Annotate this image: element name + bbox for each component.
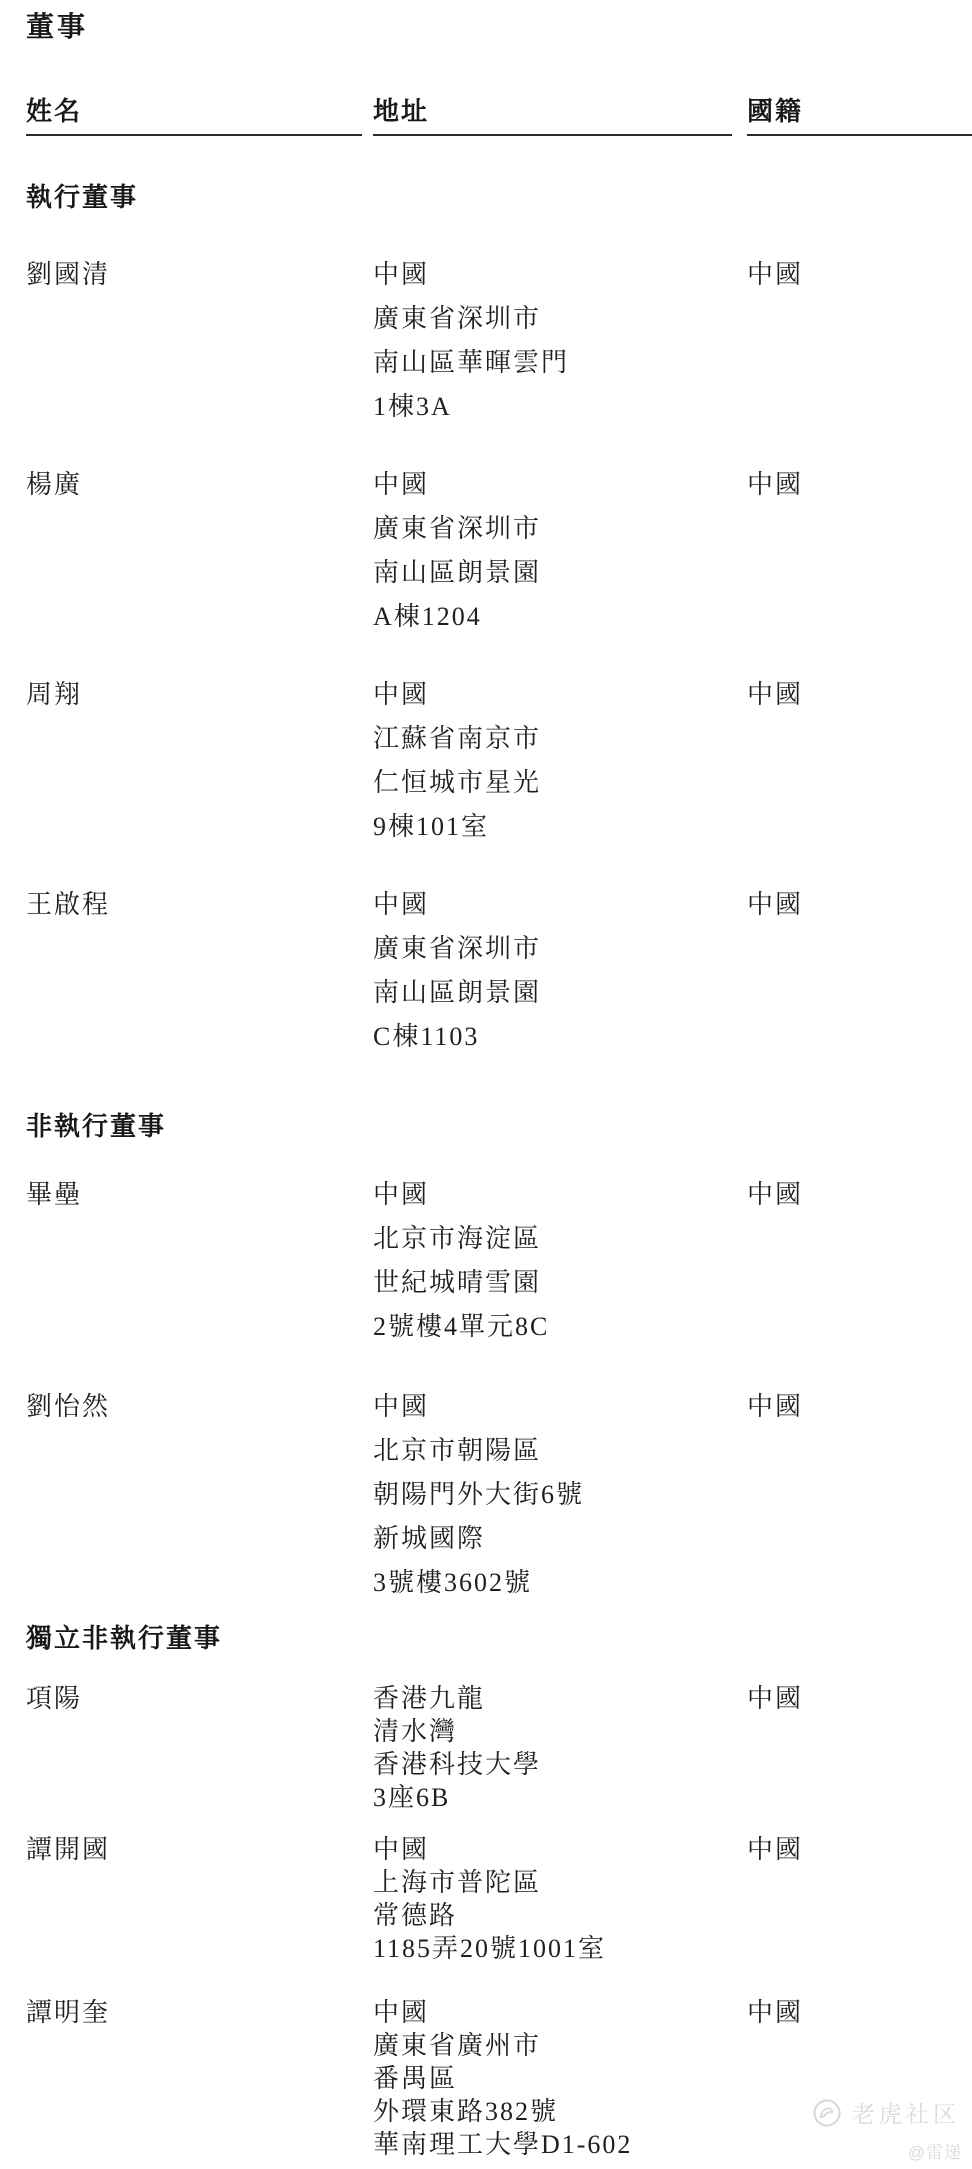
address-line: 3座6B — [373, 1781, 747, 1814]
watermark-brand-text: 老虎社区 — [852, 2096, 960, 2129]
director-address: 中國廣東省深圳市南山區朗景園C棟1103 — [373, 883, 747, 1059]
watermark-logo-row: 老虎社区 — [812, 2096, 962, 2129]
director-address: 中國廣東省深圳市南山區華暉雲門1棟3A — [373, 253, 747, 429]
address-line: 香港科技大學 — [373, 1748, 747, 1781]
director-name: 畢壘 — [26, 1173, 373, 1349]
address-line: 中國 — [373, 1173, 747, 1217]
address-line: 1棟3A — [373, 385, 747, 429]
director-nationality: 中國 — [747, 1833, 972, 1965]
director-row: 王啟程中國廣東省深圳市南山區朗景園C棟1103中國 — [26, 883, 972, 1059]
page-title: 董事 — [26, 12, 972, 42]
section-heading: 執行董事 — [26, 182, 972, 212]
director-nationality: 中國 — [747, 253, 972, 429]
section-heading: 非執行董事 — [26, 1111, 972, 1141]
director-row: 周翔中國江蘇省南京市仁恒城市星光9棟101室中國 — [26, 673, 972, 849]
address-line: 廣東省廣州市 — [373, 2029, 747, 2062]
address-line: 2號樓4單元8C — [373, 1305, 747, 1349]
director-row: 劉國清中國廣東省深圳市南山區華暉雲門1棟3A中國 — [26, 253, 972, 429]
address-line: 南山區華暉雲門 — [373, 341, 747, 385]
address-line: 番禺區 — [373, 2062, 747, 2095]
address-line: 江蘇省南京市 — [373, 717, 747, 761]
director-name: 項陽 — [26, 1682, 373, 1814]
director-address: 中國廣東省廣州市番禺區外環東路382號華南理工大學D1-602 — [373, 1996, 747, 2161]
address-line: 朝陽門外大街6號 — [373, 1473, 747, 1517]
director-nationality: 中國 — [747, 673, 972, 849]
address-line: 清水灣 — [373, 1715, 747, 1748]
address-line: 外環東路382號 — [373, 2095, 747, 2128]
address-line: 常德路 — [373, 1899, 747, 1932]
address-line: 世紀城晴雪園 — [373, 1261, 747, 1305]
director-nationality: 中國 — [747, 463, 972, 639]
director-name: 譚開國 — [26, 1833, 373, 1965]
address-line: 中國 — [373, 1385, 747, 1429]
watermark: 老虎社区 @雷递 — [812, 2096, 962, 2163]
director-row: 項陽香港九龍清水灣香港科技大學3座6B中國 — [26, 1682, 972, 1814]
director-nationality: 中國 — [747, 1385, 972, 1605]
directors-table: 執行董事劉國清中國廣東省深圳市南山區華暉雲門1棟3A中國楊廣中國廣東省深圳市南山… — [26, 182, 972, 2161]
address-line: 1185弄20號1001室 — [373, 1932, 747, 1965]
director-nationality: 中國 — [747, 1173, 972, 1349]
director-row: 畢壘中國北京市海淀區世紀城晴雪園2號樓4單元8C中國 — [26, 1173, 972, 1349]
director-nationality: 中國 — [747, 883, 972, 1059]
address-line: A棟1204 — [373, 595, 747, 639]
address-line: 仁恒城市星光 — [373, 761, 747, 805]
address-line: 中國 — [373, 673, 747, 717]
director-row: 楊廣中國廣東省深圳市南山區朗景園A棟1204中國 — [26, 463, 972, 639]
column-header-nationality: 國籍 — [747, 96, 972, 136]
address-line: 中國 — [373, 463, 747, 507]
director-section: 非執行董事畢壘中國北京市海淀區世紀城晴雪園2號樓4單元8C中國劉怡然中國北京市朝… — [26, 1111, 972, 1605]
table-header-row: 姓名 地址 國籍 — [26, 96, 972, 136]
director-address: 香港九龍清水灣香港科技大學3座6B — [373, 1682, 747, 1814]
director-name: 王啟程 — [26, 883, 373, 1059]
column-header-name: 姓名 — [26, 96, 362, 136]
section-heading: 獨立非執行董事 — [26, 1623, 972, 1653]
address-line: 北京市海淀區 — [373, 1217, 747, 1261]
address-line: 中國 — [373, 1833, 747, 1866]
director-nationality: 中國 — [747, 1682, 972, 1814]
address-line: C棟1103 — [373, 1015, 747, 1059]
address-line: 中國 — [373, 1996, 747, 2029]
prospectus-directors-page: 董事 姓名 地址 國籍 執行董事劉國清中國廣東省深圳市南山區華暉雲門1棟3A中國… — [0, 0, 972, 2169]
director-address: 中國北京市朝陽區朝陽門外大街6號新城國際3號樓3602號 — [373, 1385, 747, 1605]
address-line: 廣東省深圳市 — [373, 927, 747, 971]
address-line: 南山區朗景園 — [373, 971, 747, 1015]
address-line: 中國 — [373, 253, 747, 297]
director-name: 劉國清 — [26, 253, 373, 429]
director-name: 劉怡然 — [26, 1385, 373, 1605]
address-line: 新城國際 — [373, 1517, 747, 1561]
director-name: 周翔 — [26, 673, 373, 849]
address-line: 廣東省深圳市 — [373, 297, 747, 341]
address-line: 華南理工大學D1-602 — [373, 2128, 747, 2161]
address-line: 南山區朗景園 — [373, 551, 747, 595]
address-line: 香港九龍 — [373, 1682, 747, 1715]
address-line: 北京市朝陽區 — [373, 1429, 747, 1473]
address-line: 3號樓3602號 — [373, 1561, 747, 1605]
address-line: 中國 — [373, 883, 747, 927]
director-address: 中國北京市海淀區世紀城晴雪園2號樓4單元8C — [373, 1173, 747, 1349]
director-name: 楊廣 — [26, 463, 373, 639]
director-row: 譚開國中國上海市普陀區常德路1185弄20號1001室中國 — [26, 1833, 972, 1965]
address-line: 9棟101室 — [373, 805, 747, 849]
tiger-logo-icon — [812, 2098, 842, 2128]
director-address: 中國江蘇省南京市仁恒城市星光9棟101室 — [373, 673, 747, 849]
director-address: 中國上海市普陀區常德路1185弄20號1001室 — [373, 1833, 747, 1965]
director-name: 譚明奎 — [26, 1996, 373, 2161]
watermark-author-handle: @雷递 — [812, 2138, 962, 2163]
column-header-address: 地址 — [373, 96, 732, 136]
director-row: 劉怡然中國北京市朝陽區朝陽門外大街6號新城國際3號樓3602號中國 — [26, 1385, 972, 1605]
address-line: 廣東省深圳市 — [373, 507, 747, 551]
director-section: 執行董事劉國清中國廣東省深圳市南山區華暉雲門1棟3A中國楊廣中國廣東省深圳市南山… — [26, 182, 972, 1059]
director-section: 獨立非執行董事項陽香港九龍清水灣香港科技大學3座6B中國譚開國中國上海市普陀區常… — [26, 1623, 972, 2161]
director-address: 中國廣東省深圳市南山區朗景園A棟1204 — [373, 463, 747, 639]
address-line: 上海市普陀區 — [373, 1866, 747, 1899]
